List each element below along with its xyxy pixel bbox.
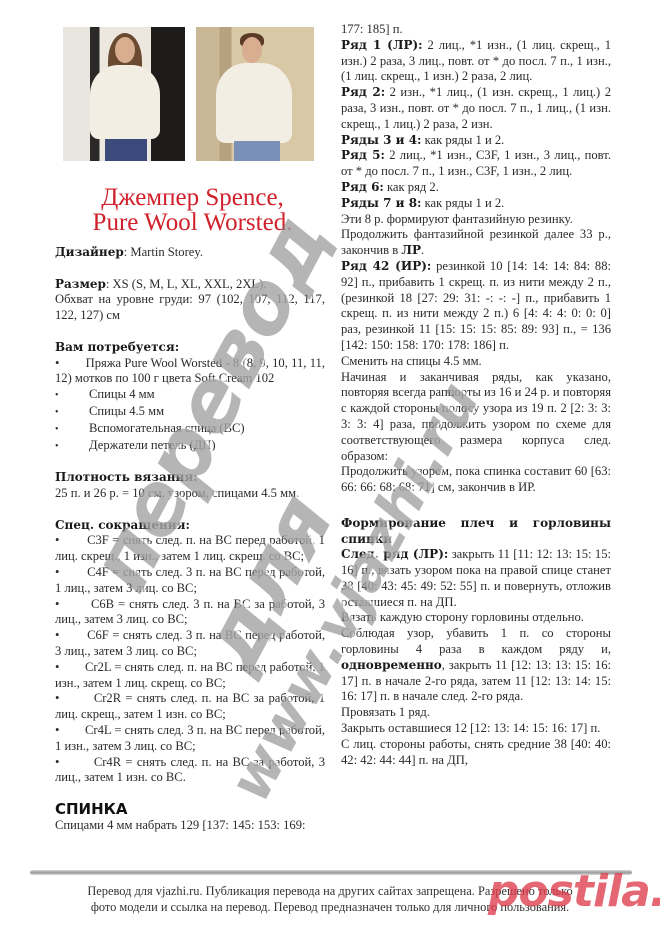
pattern-note: Начиная и заканчивая ряды, как указано, … bbox=[341, 370, 611, 465]
bullet-icon: • bbox=[55, 628, 87, 642]
gauge-text: 25 п. и 26 р. = 10 см, узором, спицами 4… bbox=[55, 486, 325, 502]
pattern-row: Ряд 1 (ЛР): 2 лиц., *1 изн., (1 лиц. скр… bbox=[341, 38, 611, 85]
row-text: как ряды 1 и 2. bbox=[421, 196, 504, 210]
bullet-icon: • bbox=[55, 597, 91, 611]
abbreviations-heading: Спец. сокращения: bbox=[55, 518, 325, 534]
size-value: : XS (S, M, L, XL, XXL, 2XL). bbox=[106, 277, 267, 291]
bind-off-note: Закрыть оставшиеся 12 [12: 13: 14: 15: 1… bbox=[341, 721, 611, 737]
footer-line-2: фото модели и ссылка на перевод. Перевод… bbox=[30, 899, 630, 915]
row-label: Ряд 6: bbox=[341, 180, 384, 194]
title-line-2: Pure Wool Worsted. bbox=[55, 210, 330, 235]
designer-line: Дизайнер: Martin Storey. bbox=[55, 245, 325, 261]
length-note: Продолжить узором, пока спинка составит … bbox=[341, 464, 611, 496]
sweater-shape bbox=[90, 65, 160, 139]
pattern-row: Ряды 3 и 4: как ряды 1 и 2. bbox=[341, 133, 611, 149]
abbreviation-item: • Cr2L = снять след. п. на ВС перед рабо… bbox=[55, 660, 325, 692]
change-needles: Сменить на спицы 4.5 мм. bbox=[341, 354, 611, 370]
row-label: Ряд 2: bbox=[341, 85, 385, 99]
sweater-shape bbox=[216, 63, 292, 143]
abbreviation-item: • C3F = снять след. п. на ВС перед работ… bbox=[55, 533, 325, 565]
right-column: 177: 185] п. Ряд 1 (ЛР): 2 лиц., *1 изн.… bbox=[341, 22, 611, 768]
center-stitches-note: С лиц. стороны работы, снять средние 38 … bbox=[341, 737, 611, 769]
bullet-icon: • bbox=[55, 533, 87, 547]
abbreviation-code: C6F bbox=[87, 628, 109, 642]
continue-rib: Продолжить фантазийной резинкой далее 33… bbox=[341, 227, 611, 259]
abbreviation-code: C6B bbox=[91, 597, 114, 611]
pattern-page: Джемпер Spence, Pure Wool Worsted. Дизай… bbox=[0, 0, 660, 935]
left-column: Дизайнер: Martin Storey. Размер: XS (S, … bbox=[55, 245, 325, 833]
row-label: Ряды 3 и 4: bbox=[341, 133, 421, 147]
head-shape bbox=[115, 37, 135, 63]
bullet-icon: • bbox=[55, 660, 85, 674]
bullet-icon: • bbox=[55, 356, 86, 370]
back-cast-on: Спицами 4 мм набрать 129 [137: 145: 153:… bbox=[55, 818, 325, 834]
abbreviation-item: • C4F = снять след. 3 п. на ВС перед раб… bbox=[55, 565, 325, 597]
gauge-heading: Плотность вязания: bbox=[55, 470, 325, 486]
knit-row-note: Провязать 1 ряд. bbox=[341, 705, 611, 721]
row-text: как ряд 2. bbox=[384, 180, 439, 194]
back-heading: СПИНКА bbox=[55, 802, 325, 818]
footer-divider bbox=[30, 870, 632, 875]
pattern-row: Ряд 5: 2 лиц., *1 изн., C3F, 1 изн., 3 л… bbox=[341, 148, 611, 180]
abbreviation-code: Cr2R bbox=[94, 691, 121, 705]
size-line: Размер: XS (S, M, L, XL, XXL, 2XL). bbox=[55, 277, 325, 293]
designer-label: Дизайнер bbox=[55, 245, 124, 259]
bullet-icon: • bbox=[55, 755, 94, 769]
bullet-icon bbox=[55, 421, 89, 438]
bullet-icon: • bbox=[55, 691, 94, 705]
each-side-note: Вязать каждую сторону горловины отдельно… bbox=[341, 610, 611, 626]
decrease-note: Соблюдая узор, убавить 1 п. со стороны г… bbox=[341, 626, 611, 705]
abbreviations-list: • C3F = снять след. п. на ВС перед работ… bbox=[55, 533, 325, 786]
pattern-title: Джемпер Spence, Pure Wool Worsted. bbox=[55, 185, 330, 235]
materials-item: Вспомогательная спица (ВС) bbox=[55, 421, 325, 438]
abbreviation-code: C4F bbox=[87, 565, 109, 579]
abbreviation-code: Cr2L bbox=[85, 660, 111, 674]
chest-measure: Обхват на уровне груди: 97 (102, 107, 11… bbox=[55, 292, 325, 324]
bullet-icon: • bbox=[55, 723, 85, 737]
row-label: Ряд 1 (ЛР): bbox=[341, 38, 423, 52]
bullet-icon: • bbox=[55, 565, 87, 579]
model-photo-man bbox=[196, 27, 314, 161]
bullet-icon bbox=[55, 387, 89, 404]
rib-note: Эти 8 р. формируют фантазийную резинку. bbox=[341, 212, 611, 228]
row-label: Ряды 7 и 8: bbox=[341, 196, 421, 210]
bullet-icon bbox=[55, 404, 89, 421]
rows-list: Ряд 1 (ЛР): 2 лиц., *1 изн., (1 лиц. скр… bbox=[341, 38, 611, 212]
row-42: Ряд 42 (ИР): резинкой 10 [14: 14: 14: 84… bbox=[341, 259, 611, 354]
materials-item: Держатели петель (ДП) bbox=[55, 438, 325, 455]
pattern-row: Ряд 6: как ряд 2. bbox=[341, 180, 611, 196]
size-label: Размер bbox=[55, 277, 106, 291]
designer-value: : Martin Storey. bbox=[124, 245, 203, 259]
title-line-1: Джемпер Spence, bbox=[55, 185, 330, 210]
shoulders-heading: Формирование плеч и горловины спинки bbox=[341, 516, 611, 548]
abbreviation-item: • Cr4R = снять след. п. на ВС за работой… bbox=[55, 755, 325, 787]
materials-item: Спицы 4 мм bbox=[55, 387, 325, 404]
head-shape bbox=[242, 37, 262, 63]
materials-heading: Вам потребуется: bbox=[55, 340, 325, 356]
footer-disclaimer: Перевод для vjazhi.ru. Публикация перево… bbox=[30, 883, 630, 915]
next-row: След. ряд (ЛР): закрыть 11 [11: 12: 13: … bbox=[341, 547, 611, 610]
row-label: Ряд 5: bbox=[341, 148, 385, 162]
materials-item-yarn: • Пряжа Pure Wool Worsted - 8 (8, 9, 10,… bbox=[55, 356, 325, 388]
bullet-icon bbox=[55, 438, 89, 455]
abbreviation-code: Cr4R bbox=[94, 755, 121, 769]
footer-line-1: Перевод для vjazhi.ru. Публикация перево… bbox=[30, 883, 630, 899]
pattern-row: Ряды 7 и 8: как ряды 1 и 2. bbox=[341, 196, 611, 212]
abbreviation-item: • Cr4L = снять след. 3 п. на ВС перед ра… bbox=[55, 723, 325, 755]
abbreviation-code: C3F bbox=[87, 533, 109, 547]
row-text: как ряды 1 и 2. bbox=[421, 133, 504, 147]
pattern-row: Ряд 2: 2 изн., *1 лиц., (1 изн. скрещ., … bbox=[341, 85, 611, 132]
back-cast-on-cont: 177: 185] п. bbox=[341, 22, 611, 38]
abbreviation-code: Cr4L bbox=[85, 723, 111, 737]
abbreviation-item: • C6B = снять след. 3 п. на ВС за работо… bbox=[55, 597, 325, 629]
abbreviation-item: • C6F = снять след. 3 п. на ВС перед раб… bbox=[55, 628, 325, 660]
legs-shape bbox=[105, 139, 147, 161]
model-photo-woman bbox=[63, 27, 185, 161]
abbreviation-item: • Cr2R = снять след. п. на ВС за работой… bbox=[55, 691, 325, 723]
materials-item: Спицы 4.5 мм bbox=[55, 404, 325, 421]
legs-shape bbox=[234, 141, 280, 161]
